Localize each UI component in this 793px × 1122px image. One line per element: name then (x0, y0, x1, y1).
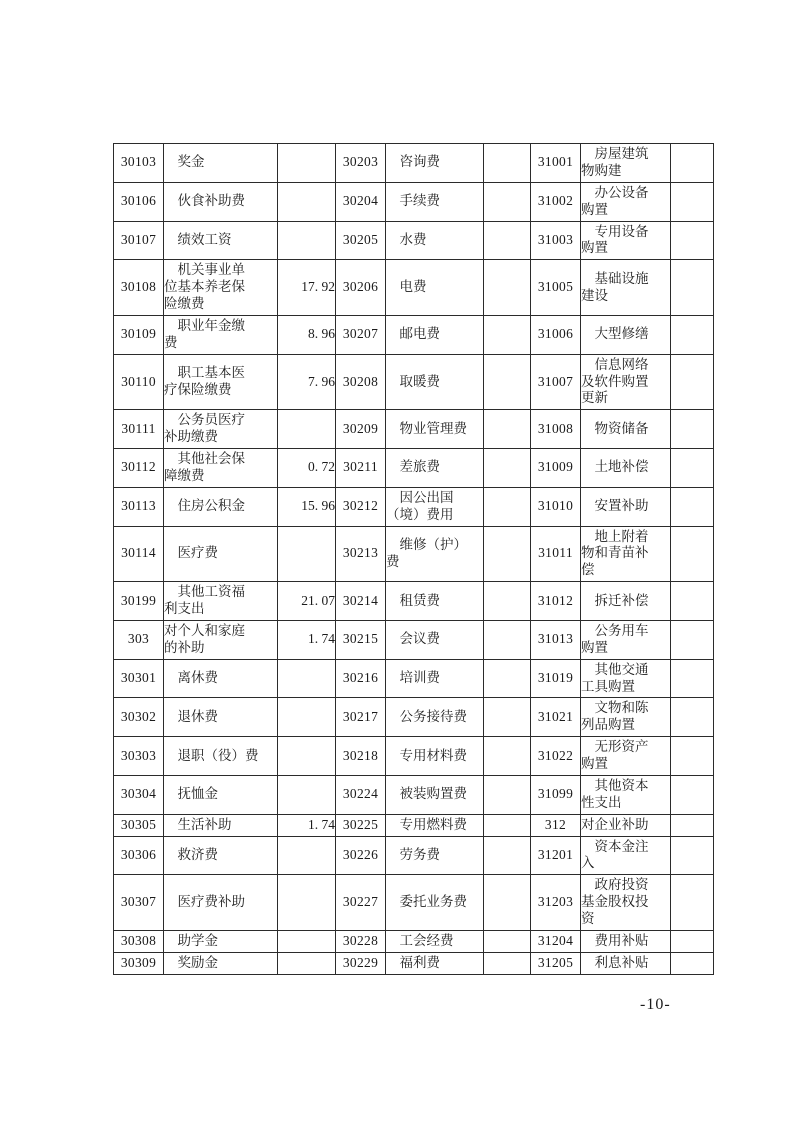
value-cell (671, 260, 714, 316)
code-cell: 31203 (531, 875, 581, 931)
name-cell: 地上附着 物和青苗补 偿 (581, 526, 671, 582)
code-cell: 30208 (336, 354, 386, 410)
document-page: 30103奖金30203咨询费31001房屋建筑 物购建30106伙食补助费30… (0, 0, 793, 1122)
name-cell: 水费 (386, 221, 484, 260)
table-row: 30306救济费30226劳务费31201资本金注 入 (114, 836, 714, 875)
code-cell: 30213 (336, 526, 386, 582)
value-cell (671, 221, 714, 260)
code-cell: 30215 (336, 620, 386, 659)
name-cell: 奖金 (164, 144, 278, 183)
value-cell (278, 737, 336, 776)
code-cell: 30110 (114, 354, 164, 410)
table-row: 30303退职（役）费30218专用材料费31022无形资产 购置 (114, 737, 714, 776)
name-cell: 离休费 (164, 659, 278, 698)
code-cell: 303 (114, 620, 164, 659)
table-row: 30111公务员医疗 补助缴费30209物业管理费31008物资储备 (114, 410, 714, 449)
code-cell: 30199 (114, 582, 164, 621)
name-cell: 机关事业单 位基本养老保 险缴费 (164, 260, 278, 316)
name-cell: 大型修缮 (581, 315, 671, 354)
code-cell: 30227 (336, 875, 386, 931)
value-cell (278, 410, 336, 449)
value-cell (671, 354, 714, 410)
value-cell (278, 836, 336, 875)
name-cell: 退职（役）费 (164, 737, 278, 776)
value-cell (671, 410, 714, 449)
value-cell (671, 698, 714, 737)
code-cell: 30108 (114, 260, 164, 316)
name-cell: 医疗费 (164, 526, 278, 582)
code-cell: 31002 (531, 182, 581, 221)
name-cell: 因公出国 （境）费用 (386, 487, 484, 526)
code-cell: 30113 (114, 487, 164, 526)
value-cell: 17. 92 (278, 260, 336, 316)
code-cell: 31008 (531, 410, 581, 449)
code-cell: 30302 (114, 698, 164, 737)
code-cell: 31006 (531, 315, 581, 354)
table-row: 30307医疗费补助30227委托业务费31203政府投资 基金股权投 资 (114, 875, 714, 931)
code-cell: 30225 (336, 814, 386, 836)
value-cell (671, 875, 714, 931)
name-cell: 办公设备 购置 (581, 182, 671, 221)
value-cell (484, 659, 531, 698)
code-cell: 30218 (336, 737, 386, 776)
code-cell: 312 (531, 814, 581, 836)
code-cell: 31007 (531, 354, 581, 410)
name-cell: 手续费 (386, 182, 484, 221)
name-cell: 住房公积金 (164, 487, 278, 526)
code-cell: 31005 (531, 260, 581, 316)
code-cell: 30106 (114, 182, 164, 221)
name-cell: 费用补贴 (581, 930, 671, 952)
name-cell: 被装购置费 (386, 775, 484, 814)
value-cell (671, 930, 714, 952)
code-cell: 30224 (336, 775, 386, 814)
name-cell: 医疗费补助 (164, 875, 278, 931)
code-cell: 30112 (114, 449, 164, 488)
code-cell: 30212 (336, 487, 386, 526)
table-row: 30305生活补助1. 7430225专用燃料费312对企业补助 (114, 814, 714, 836)
value-cell (671, 737, 714, 776)
table-row: 30304抚恤金30224被装购置费31099其他资本 性支出 (114, 775, 714, 814)
name-cell: 奖励金 (164, 952, 278, 974)
name-cell: 基础设施 建设 (581, 260, 671, 316)
value-cell: 1. 74 (278, 814, 336, 836)
value-cell: 21. 07 (278, 582, 336, 621)
code-cell: 30301 (114, 659, 164, 698)
name-cell: 救济费 (164, 836, 278, 875)
value-cell (484, 487, 531, 526)
value-cell (484, 449, 531, 488)
code-cell: 30307 (114, 875, 164, 931)
code-cell: 30203 (336, 144, 386, 183)
budget-table-container: 30103奖金30203咨询费31001房屋建筑 物购建30106伙食补助费30… (113, 143, 714, 975)
table-row: 30114医疗费30213维修（护） 费31011地上附着 物和青苗补 偿 (114, 526, 714, 582)
name-cell: 资本金注 入 (581, 836, 671, 875)
table-row: 30113住房公积金15. 9630212因公出国 （境）费用31010安置补助 (114, 487, 714, 526)
value-cell (484, 737, 531, 776)
value-cell (671, 582, 714, 621)
value-cell (484, 526, 531, 582)
value-cell (278, 698, 336, 737)
name-cell: 其他交通 工具购置 (581, 659, 671, 698)
name-cell: 邮电费 (386, 315, 484, 354)
name-cell: 租赁费 (386, 582, 484, 621)
value-cell (671, 836, 714, 875)
name-cell: 拆迁补偿 (581, 582, 671, 621)
table-row: 30112其他社会保 障缴费0. 7230211差旅费31009土地补偿 (114, 449, 714, 488)
name-cell: 取暖费 (386, 354, 484, 410)
code-cell: 31013 (531, 620, 581, 659)
name-cell: 助学金 (164, 930, 278, 952)
value-cell (484, 620, 531, 659)
name-cell: 生活补助 (164, 814, 278, 836)
name-cell: 电费 (386, 260, 484, 316)
name-cell: 利息补贴 (581, 952, 671, 974)
name-cell: 劳务费 (386, 836, 484, 875)
name-cell: 对企业补助 (581, 814, 671, 836)
name-cell: 福利费 (386, 952, 484, 974)
value-cell (671, 775, 714, 814)
code-cell: 30204 (336, 182, 386, 221)
table-row: 30301离休费30216培训费31019其他交通 工具购置 (114, 659, 714, 698)
name-cell: 维修（护） 费 (386, 526, 484, 582)
code-cell: 30304 (114, 775, 164, 814)
name-cell: 无形资产 购置 (581, 737, 671, 776)
table-row: 303对个人和家庭 的补助1. 7430215会议费31013公务用车 购置 (114, 620, 714, 659)
value-cell (671, 659, 714, 698)
value-cell (278, 952, 336, 974)
code-cell: 31019 (531, 659, 581, 698)
name-cell: 安置补助 (581, 487, 671, 526)
table-row: 30309奖励金30229福利费31205利息补贴 (114, 952, 714, 974)
name-cell: 其他资本 性支出 (581, 775, 671, 814)
code-cell: 30305 (114, 814, 164, 836)
name-cell: 抚恤金 (164, 775, 278, 814)
table-row: 30109职业年金缴 费8. 9630207邮电费31006大型修缮 (114, 315, 714, 354)
value-cell (484, 814, 531, 836)
code-cell: 30107 (114, 221, 164, 260)
value-cell (484, 410, 531, 449)
name-cell: 房屋建筑 物购建 (581, 144, 671, 183)
name-cell: 专用材料费 (386, 737, 484, 776)
value-cell (484, 354, 531, 410)
value-cell (484, 775, 531, 814)
code-cell: 30211 (336, 449, 386, 488)
budget-table-body: 30103奖金30203咨询费31001房屋建筑 物购建30106伙食补助费30… (114, 144, 714, 975)
value-cell (484, 875, 531, 931)
value-cell (671, 526, 714, 582)
name-cell: 其他社会保 障缴费 (164, 449, 278, 488)
code-cell: 30111 (114, 410, 164, 449)
code-cell: 30217 (336, 698, 386, 737)
value-cell: 0. 72 (278, 449, 336, 488)
value-cell (484, 260, 531, 316)
value-cell (278, 775, 336, 814)
value-cell (671, 814, 714, 836)
value-cell (671, 315, 714, 354)
code-cell: 30229 (336, 952, 386, 974)
name-cell: 工会经费 (386, 930, 484, 952)
code-cell: 31012 (531, 582, 581, 621)
table-row: 30110职工基本医 疗保险缴费7. 9630208取暖费31007信息网络 及… (114, 354, 714, 410)
value-cell (484, 698, 531, 737)
value-cell (671, 487, 714, 526)
name-cell: 伙食补助费 (164, 182, 278, 221)
code-cell: 30206 (336, 260, 386, 316)
value-cell (484, 221, 531, 260)
value-cell (278, 930, 336, 952)
name-cell: 政府投资 基金股权投 资 (581, 875, 671, 931)
value-cell (278, 526, 336, 582)
value-cell (484, 930, 531, 952)
table-row: 30308助学金30228工会经费31204费用补贴 (114, 930, 714, 952)
code-cell: 31205 (531, 952, 581, 974)
name-cell: 物业管理费 (386, 410, 484, 449)
value-cell (484, 836, 531, 875)
name-cell: 对个人和家庭 的补助 (164, 620, 278, 659)
code-cell: 31201 (531, 836, 581, 875)
value-cell (278, 875, 336, 931)
table-row: 30108机关事业单 位基本养老保 险缴费17. 9230206电费31005基… (114, 260, 714, 316)
name-cell: 专用燃料费 (386, 814, 484, 836)
code-cell: 30209 (336, 410, 386, 449)
code-cell: 30216 (336, 659, 386, 698)
code-cell: 30303 (114, 737, 164, 776)
code-cell: 30309 (114, 952, 164, 974)
code-cell: 30306 (114, 836, 164, 875)
name-cell: 专用设备 购置 (581, 221, 671, 260)
value-cell (484, 315, 531, 354)
code-cell: 31204 (531, 930, 581, 952)
name-cell: 土地补偿 (581, 449, 671, 488)
value-cell (278, 659, 336, 698)
code-cell: 31022 (531, 737, 581, 776)
code-cell: 31011 (531, 526, 581, 582)
name-cell: 退休费 (164, 698, 278, 737)
value-cell (671, 449, 714, 488)
code-cell: 30207 (336, 315, 386, 354)
name-cell: 培训费 (386, 659, 484, 698)
name-cell: 公务员医疗 补助缴费 (164, 410, 278, 449)
name-cell: 职工基本医 疗保险缴费 (164, 354, 278, 410)
code-cell: 31001 (531, 144, 581, 183)
table-row: 30103奖金30203咨询费31001房屋建筑 物购建 (114, 144, 714, 183)
name-cell: 公务用车 购置 (581, 620, 671, 659)
code-cell: 31010 (531, 487, 581, 526)
value-cell (671, 182, 714, 221)
name-cell: 信息网络 及软件购置 更新 (581, 354, 671, 410)
value-cell (484, 182, 531, 221)
value-cell (278, 144, 336, 183)
name-cell: 委托业务费 (386, 875, 484, 931)
value-cell (484, 144, 531, 183)
code-cell: 30103 (114, 144, 164, 183)
value-cell: 1. 74 (278, 620, 336, 659)
table-row: 30107绩效工资30205水费31003专用设备 购置 (114, 221, 714, 260)
value-cell (671, 620, 714, 659)
value-cell: 8. 96 (278, 315, 336, 354)
name-cell: 文物和陈 列品购置 (581, 698, 671, 737)
value-cell: 7. 96 (278, 354, 336, 410)
code-cell: 30214 (336, 582, 386, 621)
value-cell (278, 182, 336, 221)
value-cell (671, 952, 714, 974)
page-number: -10- (640, 996, 671, 1014)
table-row: 30106伙食补助费30204手续费31002办公设备 购置 (114, 182, 714, 221)
name-cell: 其他工资福 利支出 (164, 582, 278, 621)
code-cell: 31003 (531, 221, 581, 260)
value-cell (484, 952, 531, 974)
name-cell: 咨询费 (386, 144, 484, 183)
name-cell: 公务接待费 (386, 698, 484, 737)
code-cell: 30205 (336, 221, 386, 260)
name-cell: 物资储备 (581, 410, 671, 449)
name-cell: 会议费 (386, 620, 484, 659)
code-cell: 31099 (531, 775, 581, 814)
code-cell: 30228 (336, 930, 386, 952)
code-cell: 30308 (114, 930, 164, 952)
table-row: 30199其他工资福 利支出21. 0730214租赁费31012拆迁补偿 (114, 582, 714, 621)
code-cell: 31009 (531, 449, 581, 488)
code-cell: 30109 (114, 315, 164, 354)
value-cell (278, 221, 336, 260)
value-cell (671, 144, 714, 183)
name-cell: 差旅费 (386, 449, 484, 488)
value-cell: 15. 96 (278, 487, 336, 526)
budget-table: 30103奖金30203咨询费31001房屋建筑 物购建30106伙食补助费30… (113, 143, 714, 975)
name-cell: 绩效工资 (164, 221, 278, 260)
code-cell: 31021 (531, 698, 581, 737)
table-row: 30302退休费30217公务接待费31021文物和陈 列品购置 (114, 698, 714, 737)
code-cell: 30114 (114, 526, 164, 582)
name-cell: 职业年金缴 费 (164, 315, 278, 354)
value-cell (484, 582, 531, 621)
code-cell: 30226 (336, 836, 386, 875)
